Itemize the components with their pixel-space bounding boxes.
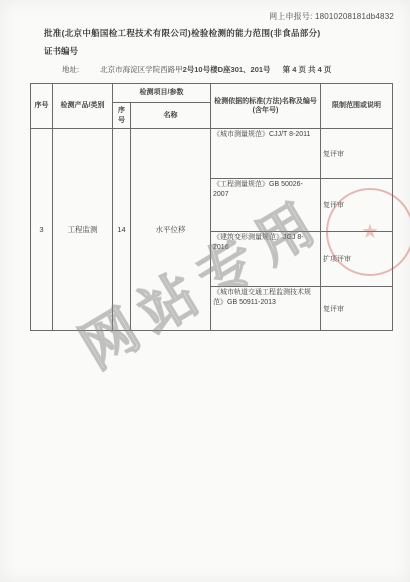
page-number-info: 第 4 页 共 4 页 [283, 65, 332, 74]
certificate-number-label: 证书编号 [44, 45, 78, 57]
header-param-seq: 序号 [113, 103, 131, 129]
cell-standard: 《城市测量规范》CJJ/T 8-2011 [211, 129, 321, 179]
header-param-name: 名称 [131, 103, 211, 129]
address-line: 地址: 北京市海淀区学院西路甲2号10号楼D座301、201号 第 4 页 共 … [62, 64, 398, 75]
header-param-group: 检测项目/参数 [113, 84, 211, 103]
cell-param-name: 水平位移 [131, 129, 211, 331]
online-application-number: 网上申报号: 18010208181db4832 [269, 11, 394, 22]
cell-product: 工程监测 [53, 129, 113, 331]
cell-standard: 《工程测量规范》GB 50026-2007 [211, 179, 321, 232]
address-text-bold: 2号10号楼D座301、201号 [183, 65, 271, 74]
header-standard: 检测依据的标准(方法)名称及编号(含年号) [211, 84, 321, 129]
cell-limitation: 复评审 [321, 129, 393, 179]
header-product: 检测产品/类别 [53, 84, 113, 129]
approval-title: 批准(北京中船国检工程技术有限公司)检验检测的能力范围(非食品部分) [44, 27, 321, 39]
address-label: 地址: [62, 64, 98, 75]
scanned-certificate-page: 网上申报号: 18010208181db4832 批准(北京中船国检工程技术有限… [0, 0, 410, 582]
cell-param-seq: 14 [113, 129, 131, 331]
cell-standard: 《城市轨道交通工程监测技术规范》GB 50911-2013 [211, 287, 321, 331]
cell-limitation: 扩项评审 [321, 232, 393, 287]
table-row: 3 工程监测 14 水平位移 《城市测量规范》CJJ/T 8-2011 复评审 [31, 129, 393, 179]
online-application-label: 网上申报号: [269, 12, 312, 21]
cell-limitation: 复评审 [321, 179, 393, 232]
cell-standard: 《建筑变形测量规范》JGJ 8-2016 [211, 232, 321, 287]
address-text: 北京市海淀区学院西路甲 [100, 65, 183, 74]
cell-seq: 3 [31, 129, 53, 331]
cell-limitation: 复评审 [321, 287, 393, 331]
capability-scope-table: 序号 检测产品/类别 检测项目/参数 检测依据的标准(方法)名称及编号(含年号)… [30, 83, 393, 331]
header-limitation: 限制范围或说明 [321, 84, 393, 129]
online-application-value: 18010208181db4832 [315, 12, 394, 21]
header-seq: 序号 [31, 84, 53, 129]
header-row-1: 序号 检测产品/类别 检测项目/参数 检测依据的标准(方法)名称及编号(含年号)… [31, 84, 393, 103]
